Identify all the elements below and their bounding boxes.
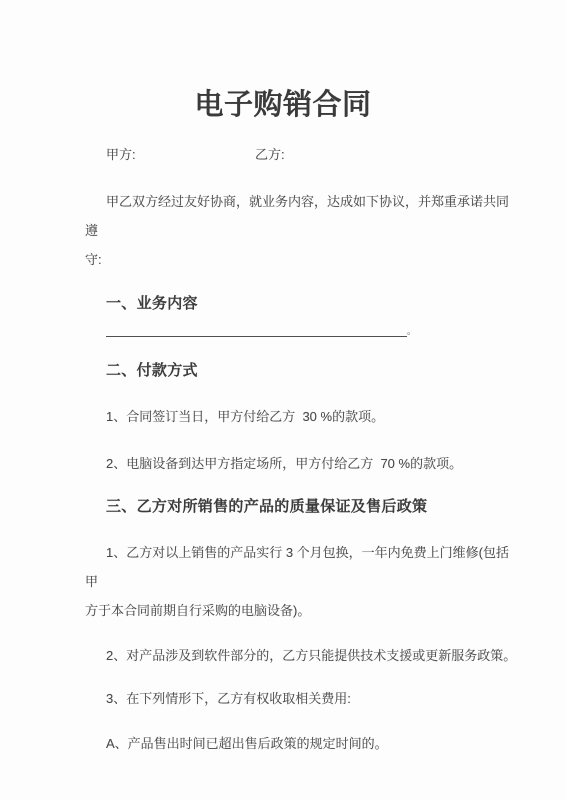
- warranty-item-3-text: 3、在下列情形下，乙方有权收取相关费用:: [106, 691, 351, 706]
- party-a-label: 甲方:: [106, 140, 255, 169]
- intro-line-2: 守:: [85, 252, 102, 267]
- section-1-heading: 一、业务内容: [85, 289, 521, 318]
- party-row: 甲方:乙方:: [85, 140, 521, 169]
- blank-period-suffix: 。: [407, 326, 416, 336]
- blank-underline: [106, 322, 407, 337]
- payment-item-2-text: 2、电脑设备到达甲方指定场所，甲方付给乙方 70 %的款项。: [106, 456, 462, 471]
- intro-line-1: 甲乙双方经过友好协商，就业务内容，达成如下协议，并郑重承诺共同遵: [85, 194, 509, 238]
- payment-item-1-text: 1、合同签订当日，甲方付给乙方 30 %的款项。: [106, 409, 384, 424]
- warranty-item-2: 2、对产品涉及到软件部分的，乙方只能提供技术支援或更新服务政策。: [85, 641, 521, 670]
- warranty-item-1-line-1: 1、乙方对以上销售的产品实行 3 个月包换，一年内免费上门维修(包括甲: [85, 545, 509, 589]
- intro-paragraph: 甲乙双方经过友好协商，就业务内容，达成如下协议，并郑重承诺共同遵守:: [85, 187, 521, 274]
- fill-in-blank-row: 。: [85, 322, 521, 338]
- warranty-item-1: 1、乙方对以上销售的产品实行 3 个月包换，一年内免费上门维修(包括甲方于本合同…: [85, 538, 521, 625]
- section-3-heading: 三、乙方对所销售的产品的质量保证及售后政策: [85, 492, 521, 521]
- party-b-label: 乙方:: [255, 147, 285, 162]
- warranty-item-3: 3、在下列情形下，乙方有权收取相关费用:: [85, 684, 521, 713]
- section-2-heading: 二、付款方式: [85, 356, 521, 385]
- document-title: 电子购销合同: [0, 88, 566, 122]
- payment-item-2: 2、电脑设备到达甲方指定场所，甲方付给乙方 70 %的款项。: [85, 449, 521, 478]
- warranty-item-3-sub-a-text: A、产品售出时间已超出售后政策的规定时间的。: [106, 736, 388, 751]
- warranty-item-1-line-2: 方于本合同前期自行采购的电脑设备)。: [85, 603, 310, 618]
- warranty-item-3-sub-a: A、产品售出时间已超出售后政策的规定时间的。: [85, 729, 521, 758]
- payment-item-1: 1、合同签订当日，甲方付给乙方 30 %的款项。: [85, 402, 521, 431]
- contract-page: 电子购销合同 甲方:乙方: 甲乙双方经过友好协商，就业务内容，达成如下协议，并郑…: [0, 0, 566, 800]
- warranty-item-2-text: 2、对产品涉及到软件部分的，乙方只能提供技术支援或更新服务政策。: [106, 648, 516, 663]
